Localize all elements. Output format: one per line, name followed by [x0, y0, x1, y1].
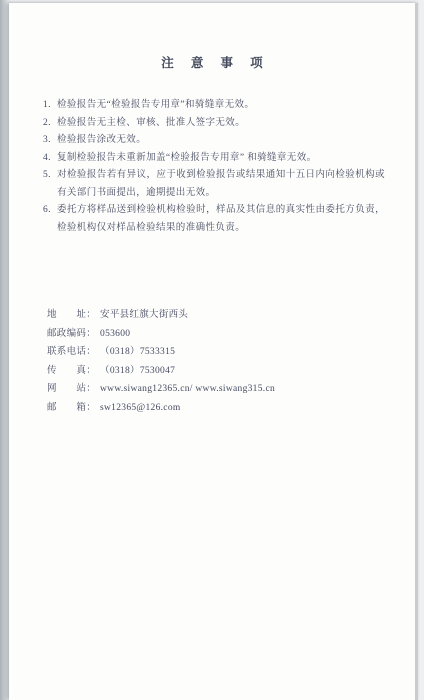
notice-item-text: 检验报告无主检、审核、批准人签字无效。 [57, 115, 385, 133]
notice-item-number: 1. [43, 97, 57, 115]
notice-item-number: 5. [43, 167, 57, 202]
postcode-label: 邮政编码： [47, 325, 96, 344]
fax-label: 传 真： [47, 362, 96, 381]
address-value: 安平县红旗大街西头 [100, 306, 188, 325]
contact-row-fax: 传 真： （0318）7530047 [47, 362, 275, 381]
fax-value: （0318）7530047 [100, 362, 175, 381]
notice-item-text: 对检验报告若有异议，应于收到检验报告或结果通知十五日内向检验机构或有关部门书面提… [57, 167, 385, 202]
page-title: 注 意 事 项 [9, 53, 415, 71]
notice-item-number: 6. [43, 202, 57, 237]
notice-item-number: 3. [43, 132, 57, 150]
phone-value: （0318）7533315 [100, 343, 175, 362]
notice-item: 2. 检验报告无主检、审核、批准人签字无效。 [43, 115, 385, 133]
address-label: 地 址： [47, 306, 96, 325]
email-value: sw12365@126.com [100, 399, 181, 418]
notice-item-text: 复制检验报告未重新加盖“检验报告专用章” 和骑缝章无效。 [57, 150, 385, 168]
notice-item-text: 检验报告无“检验报告专用章”和骑缝章无效。 [57, 97, 385, 115]
contact-row-email: 邮 箱： sw12365@126.com [47, 399, 275, 418]
notice-list: 1. 检验报告无“检验报告专用章”和骑缝章无效。 2. 检验报告无主检、审核、批… [43, 97, 385, 237]
website-value: www.siwang12365.cn/ www.siwang315.cn [100, 380, 275, 399]
notice-item-text: 委托方将样品送到检验机构检验时，样品及其信息的真实性由委托方负责，检验机构仅对样… [57, 202, 385, 237]
notice-item: 4. 复制检验报告未重新加盖“检验报告专用章” 和骑缝章无效。 [43, 150, 385, 168]
contact-row-phone: 联系电话： （0318）7533315 [47, 343, 275, 362]
notice-item: 6. 委托方将样品送到检验机构检验时，样品及其信息的真实性由委托方负责，检验机构… [43, 202, 385, 237]
email-label: 邮 箱： [47, 399, 96, 418]
contact-row-website: 网 站： www.siwang12365.cn/ www.siwang315.c… [47, 380, 275, 399]
notice-item-text: 检验报告涂改无效。 [57, 132, 385, 150]
notice-item: 5. 对检验报告若有异议，应于收到检验报告或结果通知十五日内向检验机构或有关部门… [43, 167, 385, 202]
notice-item: 1. 检验报告无“检验报告专用章”和骑缝章无效。 [43, 97, 385, 115]
contact-block: 地 址： 安平县红旗大街西头 邮政编码： 053600 联系电话： （0318）… [47, 306, 275, 417]
notice-item-number: 2. [43, 115, 57, 133]
website-label: 网 站： [47, 380, 96, 399]
postcode-value: 053600 [100, 325, 130, 344]
notice-item: 3. 检验报告涂改无效。 [43, 132, 385, 150]
phone-label: 联系电话： [47, 343, 96, 362]
scanned-document: 注 意 事 项 1. 检验报告无“检验报告专用章”和骑缝章无效。 2. 检验报告… [0, 0, 424, 700]
contact-row-address: 地 址： 安平县红旗大街西头 [47, 306, 275, 325]
paper-page: 注 意 事 项 1. 检验报告无“检验报告专用章”和骑缝章无效。 2. 检验报告… [9, 3, 418, 700]
contact-row-postcode: 邮政编码： 053600 [47, 325, 275, 344]
notice-item-number: 4. [43, 150, 57, 168]
